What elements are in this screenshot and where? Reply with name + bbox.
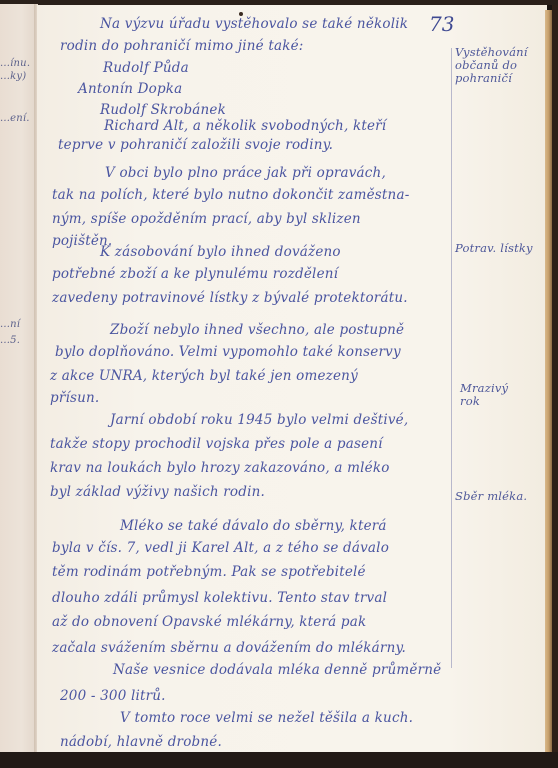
text-line: potřebné zboží a ke plynulému rozdělení <box>52 266 338 282</box>
text-line: V tomto roce velmi se nežel těšila a kuc… <box>120 710 413 726</box>
text-line: přísun. <box>50 390 99 406</box>
text-line: Naše vesnice dodávala mléka denně průměr… <box>113 662 441 678</box>
text-line: teprve v pohraničí založili svoje rodiny… <box>58 137 333 153</box>
text-line: K zásobování bylo ihned dováženo <box>100 244 341 260</box>
text-line: rodin do pohraničí mimo jiné také: <box>60 38 304 54</box>
text-line: V obci bylo plno práce jak při opravách, <box>105 165 386 181</box>
text-line: Zboží nebylo ihned všechno, ale postupně <box>110 322 404 338</box>
text-line: Rudolf Skrobánek <box>100 102 226 118</box>
left-page-fragment: ...ínu. <box>0 57 30 70</box>
text-line: ným, spíše opožděním prací, aby byl skli… <box>52 211 361 227</box>
page-number: 73 <box>429 12 454 36</box>
photo-frame-bottom <box>0 752 558 768</box>
text-line: Antonín Dopka <box>78 81 182 97</box>
text-line: z akce UNRA, kterých byl také jen omezen… <box>50 368 358 384</box>
margin-note: Potrav. lístky <box>455 242 545 255</box>
text-line: Rudolf Půda <box>103 60 189 76</box>
text-line: Richard Alt, a několik svobodných, kteří <box>104 118 386 134</box>
text-line: Jarní období roku 1945 bylo velmi deštiv… <box>110 412 408 428</box>
left-page-fragment: ...ení. <box>0 112 30 125</box>
text-line: až do obnovení Opavské mlékárny, která p… <box>52 614 366 630</box>
page-edge <box>545 10 552 752</box>
margin-note: Mrazivý rok <box>460 382 520 408</box>
left-page-fragment: ...5. <box>0 334 20 347</box>
book-cover-edge <box>552 5 558 753</box>
text-line: nádobí, hlavně drobné. <box>60 734 222 750</box>
text-line: 200 - 300 litrů. <box>60 688 166 704</box>
text-line: krav na loukách bylo hrozy zakazováno, a… <box>50 460 390 476</box>
left-page-fragment: ...ky) <box>0 70 26 83</box>
text-line: byla v čís. 7, vedl ji Karel Alt, a z té… <box>52 540 389 556</box>
margin-rule <box>451 48 452 668</box>
left-page-fragment: ...ní <box>0 318 20 331</box>
text-line: tak na polích, které bylo nutno dokončit… <box>52 187 409 203</box>
text-line: dlouho zdáli průmysl kolektivu. Tento st… <box>52 590 387 606</box>
text-line: zavedeny potravinové lístky z bývalé pro… <box>52 290 408 306</box>
text-line: Na výzvu úřadu vystěhovalo se také někol… <box>100 16 408 32</box>
text-line: bylo doplňováno. Velmi vypomohlo také ko… <box>55 344 401 360</box>
text-line: těm rodinám potřebným. Pak se spotřebite… <box>52 564 366 580</box>
margin-note: Vystěhování občanů do pohraničí <box>455 46 545 85</box>
text-line: takže stopy prochodil vojska přes pole a… <box>50 436 383 452</box>
text-line: byl základ výživy našich rodin. <box>50 484 265 500</box>
text-line: začala svážením sběrnu a dovážením do ml… <box>52 640 406 656</box>
margin-note: Sběr mléka. <box>455 490 545 503</box>
text-line: Mléko se také dávalo do sběrny, která <box>120 518 387 534</box>
